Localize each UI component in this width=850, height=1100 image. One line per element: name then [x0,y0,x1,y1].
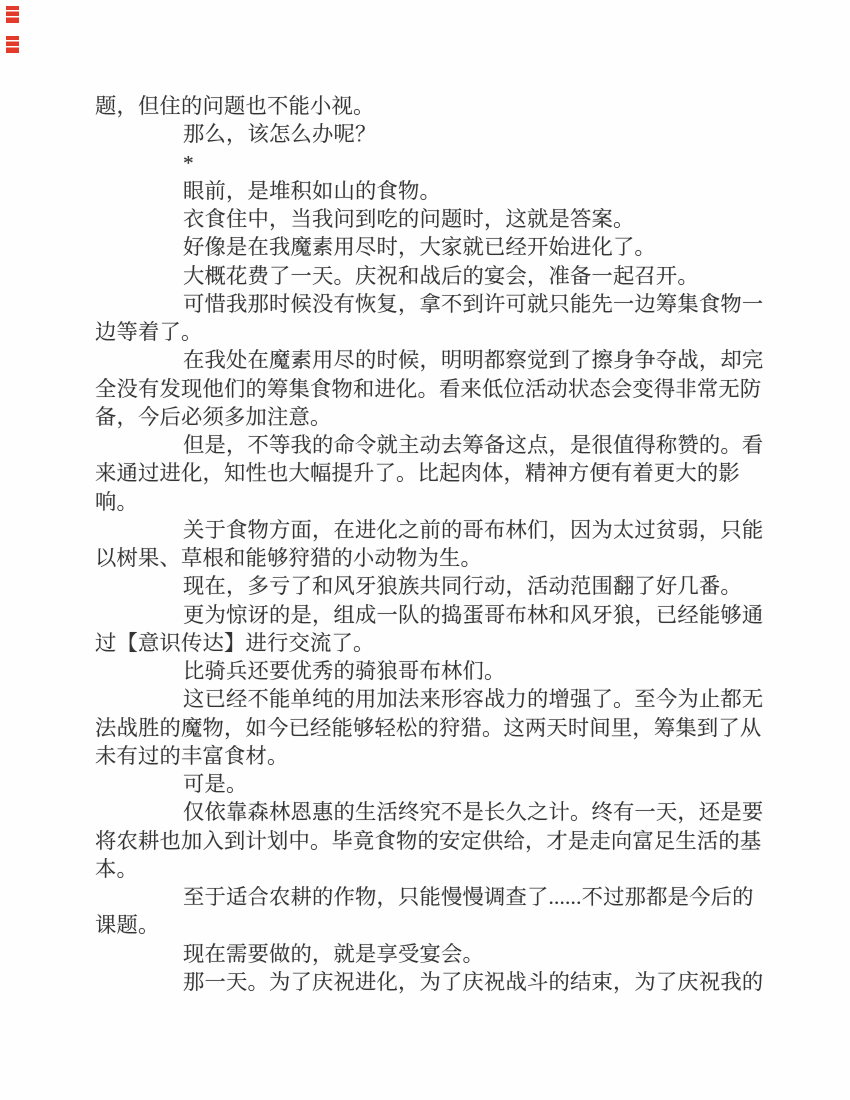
text-line: 题，但住的问题也不能小视。 [95,92,767,120]
text-line: 将农耕也加入到计划中。毕竟食物的安定供给，才是走向富足生活的基 [95,827,767,855]
text-line: 关于食物方面，在进化之前的哥布林们，因为太过贫弱，只能 [95,516,767,544]
text-line: 以树果、草根和能够狩猎的小动物为生。 [95,544,767,572]
page-text-block: 题，但住的问题也不能小视。 那么，该怎么办呢？ * 眼前，是堆积如山的食物。 衣… [95,92,767,996]
text-line: 过【意识传达】进行交流了。 [95,629,767,657]
text-line: 现在需要做的，就是享受宴会。 [95,940,767,968]
text-line: 比骑兵还要优秀的骑狼哥布林们。 [95,657,767,685]
text-line: 备，今后必须多加注意。 [95,403,767,431]
text-line: 可惜我那时候没有恢复，拿不到许可就只能先一边筹集食物一 [95,290,767,318]
text-line: 眼前，是堆积如山的食物。 [95,177,767,205]
text-line: 响。 [95,488,767,516]
text-line: 现在，多亏了和风牙狼族共同行动，活动范围翻了好几番。 [95,572,767,600]
text-line: 本。 [95,855,767,883]
red-stamp-marks [6,6,20,66]
text-line: 这已经不能单纯的用加法来形容战力的增强了。至今为止都无 [95,685,767,713]
text-line: 至于适合农耕的作物，只能慢慢调查了......不过那都是今后的 [95,883,767,911]
text-line: 那一天。为了庆祝进化，为了庆祝战斗的结束，为了庆祝我的 [95,968,767,996]
text-line: 法战胜的魔物，如今已经能够轻松的狩猎。这两天时间里，筹集到了从 [95,714,767,742]
text-line: 课题。 [95,911,767,939]
text-line: 可是。 [95,770,767,798]
text-line: 仅依靠森林恩惠的生活终究不是长久之计。终有一天，还是要 [95,798,767,826]
text-line: 好像是在我魔素用尽时，大家就已经开始进化了。 [95,233,767,261]
text-line: 全没有发现他们的筹集食物和进化。看来低位活动状态会变得非常无防 [95,375,767,403]
text-line: 在我处在魔素用尽的时候，明明都察觉到了擦身争夺战，却完 [95,346,767,374]
text-line: 但是，不等我的命令就主动去筹备这点，是很值得称赞的。看 [95,431,767,459]
red-mark-icon [6,36,19,53]
text-line: 那么，该怎么办呢？ [95,120,767,148]
text-line: 未有过的丰富食材。 [95,742,767,770]
document-page: 题，但住的问题也不能小视。 那么，该怎么办呢？ * 眼前，是堆积如山的食物。 衣… [0,0,850,1100]
text-line: 大概花费了一天。庆祝和战后的宴会，准备一起召开。 [95,262,767,290]
text-line: 来通过进化，知性也大幅提升了。比起肉体，精神方便有着更大的影 [95,459,767,487]
red-mark-icon [6,6,19,23]
text-line: 边等着了。 [95,318,767,346]
text-line: 更为惊讶的是，组成一队的捣蛋哥布林和风牙狼，已经能够通 [95,601,767,629]
text-line: * [95,149,767,177]
text-line: 衣食住中，当我问到吃的问题时，这就是答案。 [95,205,767,233]
